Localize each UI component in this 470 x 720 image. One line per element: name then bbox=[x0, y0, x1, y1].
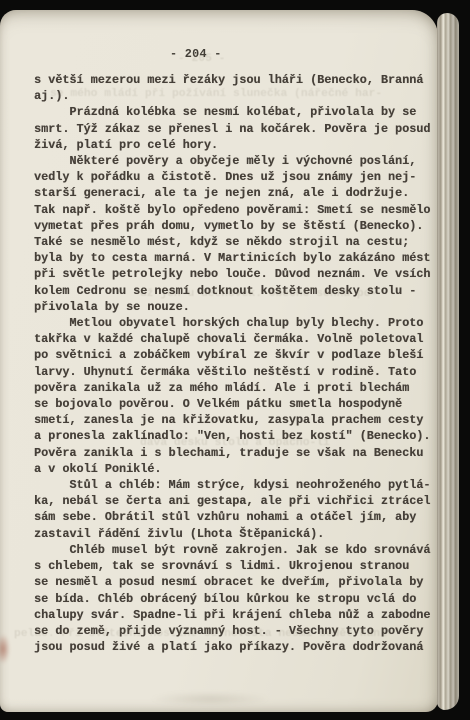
text-line: Pověra zanikla i s blechami, traduje se … bbox=[34, 445, 436, 461]
text-line: Některé pověry a obyčeje měly i výchovné… bbox=[34, 153, 436, 169]
text-line: vedly k pořádku a čistotě. Dnes už jsou … bbox=[34, 169, 436, 185]
text-line: ka, nebál se čerta ani gestapa, ale při … bbox=[34, 493, 436, 509]
red-stain bbox=[0, 634, 10, 664]
text-line: jsou posud živé a platí jako příkazy. Po… bbox=[34, 639, 436, 655]
text-line: po světnici a zobáčkem vybíral ze škvír … bbox=[34, 347, 436, 363]
text-line: starší generaci, ale ta je nejen zná, al… bbox=[34, 185, 436, 201]
paper-smudge bbox=[150, 692, 270, 706]
text-line: Tak např. koště bylo opředeno pověrami: … bbox=[34, 202, 436, 218]
text-line: smrt. Týž zákaz se přenesl i na kočárek.… bbox=[34, 121, 436, 137]
text-line: takřka v každé chalupě chovali čermáka. … bbox=[34, 331, 436, 347]
text-line: se bojovalo pověrou. O Velkém pátku smet… bbox=[34, 396, 436, 412]
text-line: přivolala by se nouze. bbox=[34, 299, 436, 315]
text-line: se do země, přijde významný host. - Všec… bbox=[34, 623, 436, 639]
body-text: s větší mezerou mezi řezáky jsou lháři (… bbox=[34, 72, 436, 655]
text-line: při světle petrolejky nebo louče. Důvod … bbox=[34, 266, 436, 282]
text-line: Prázdná kolébka se nesmí kolébat, přivol… bbox=[34, 104, 436, 120]
page-number: - 204 - bbox=[170, 47, 222, 61]
text-line: kolem Cedronu se nesmí dotknout koštětem… bbox=[34, 283, 436, 299]
page-edge-stack bbox=[437, 13, 459, 710]
text-line: pověra zanikala už za mého mládí. Ale i … bbox=[34, 380, 436, 396]
text-line: aj.). bbox=[34, 88, 436, 104]
scanned-book-spread: - 204 - s větší mezerou mezi řezáky jsou… bbox=[0, 0, 470, 720]
text-line: Stůl a chléb: Mám strýce, kdysi neohrože… bbox=[34, 477, 436, 493]
text-line: se nesměl a posud nesmí obracet ke dveří… bbox=[34, 574, 436, 590]
text-line: smetí, zanesla je na křižovatku, zasypal… bbox=[34, 412, 436, 428]
text-line: a pronesla zaklínadlo: "Ven, hosti bez k… bbox=[34, 428, 436, 444]
text-line: s větší mezerou mezi řezáky jsou lháři (… bbox=[34, 72, 436, 88]
text-line: Metlou obyvatel horských chalup byly ble… bbox=[34, 315, 436, 331]
text-line: chalupy svár. Spadne-li při krájení chle… bbox=[34, 607, 436, 623]
text-line: Chléb musel být rovně zakrojen. Jak se k… bbox=[34, 542, 436, 558]
text-line: a v okolí Poniklé. bbox=[34, 461, 436, 477]
text-line: zastavil řádění živlu (Lhota Štěpanická)… bbox=[34, 526, 436, 542]
text-line: živá, platí pro celé hory. bbox=[34, 137, 436, 153]
text-line: sám sebe. Obrátil stůl vzhůru nohami a o… bbox=[34, 509, 436, 525]
text-line: vymetat přes práh domu, vymetlo by se št… bbox=[34, 218, 436, 234]
text-line: larvy. Uhynutí čermáka věštilo neštěstí … bbox=[34, 364, 436, 380]
book-page: - 204 - s větší mezerou mezi řezáky jsou… bbox=[0, 10, 438, 712]
text-line: se bída. Chléb obrácený bílou kůrkou ke … bbox=[34, 591, 436, 607]
text-line: byla by to cesta marná. V Martinicích by… bbox=[34, 250, 436, 266]
text-line: Také se nesmělo mést, když se někdo stro… bbox=[34, 234, 436, 250]
text-line: s chlebem, tak se srovnáví s lidmi. Ukro… bbox=[34, 558, 436, 574]
